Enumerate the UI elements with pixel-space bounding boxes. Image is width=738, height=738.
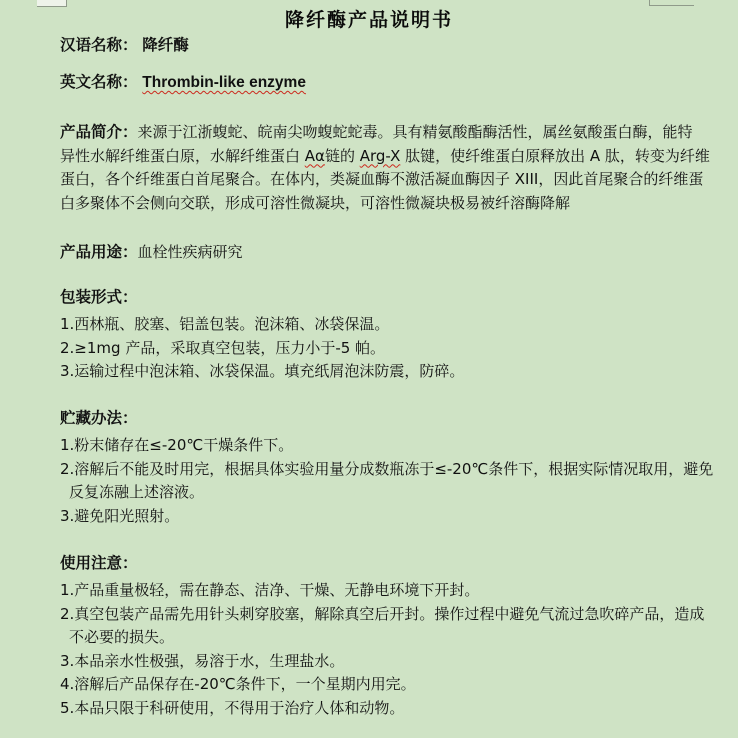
field-usage: 产品用途：血栓性疾病研究 — [60, 241, 710, 265]
section-storage: 贮藏办法： 1.粉末储存在≤-20℃干燥条件下。 2.溶解后不能及时用完，根据具… — [60, 407, 710, 528]
packaging-item-1: 1.西林瓶、胶塞、铝盖包装。泡沫箱、冰袋保温。 — [60, 313, 710, 337]
storage-item-1: 1.粉末储存在≤-20℃干燥条件下。 — [60, 434, 710, 458]
intro-line-2-seg3: 肽键，使纤维蛋白原释放出 A 肽，转变为纤维 — [400, 147, 710, 165]
intro-line-4: 白多聚体不会侧向交联，形成可溶性微凝块，可溶性微凝块极易被纤溶酶降解 — [60, 192, 710, 216]
storage-item-2-line-1: 2.溶解后不能及时用完，根据具体实验用量分成数瓶冻于≤-20℃条件下，根据实际情… — [60, 458, 710, 482]
intro-misspelled-argx: Arg-X — [360, 147, 401, 165]
field-english-name: 英文名称： Thrombin-like enzyme — [60, 71, 710, 95]
document-page: { "colors": { "page_background": "#cfe3c… — [0, 0, 738, 738]
packaging-item-2: 2.≥1mg 产品，采取真空包装，压力小于-5 帕。 — [60, 337, 710, 361]
intro-line-2: 异性水解纤维蛋白原，水解纤维蛋白 Aα链的 Arg-X 肽键，使纤维蛋白原释放出… — [60, 145, 710, 169]
english-name-label: 英文名称： — [60, 73, 138, 91]
english-name-value: Thrombin-like enzyme — [142, 74, 306, 91]
intro-line-2-seg1: 异性水解纤维蛋白原，水解纤维蛋白 — [60, 147, 305, 165]
usage-label: 产品用途： — [60, 243, 138, 261]
storage-item-2-line-2: 反复冻融上述溶液。 — [60, 481, 710, 505]
precautions-item-4: 4.溶解后产品保存在-20℃条件下，一个星期内用完。 — [60, 673, 710, 697]
chinese-name-value: 降纤酶 — [142, 36, 189, 54]
precautions-item-3: 3.本品亲水性极强，易溶于水，生理盐水。 — [60, 650, 710, 674]
field-chinese-name: 汉语名称： 降纤酶 — [60, 34, 710, 58]
usage-value: 血栓性疾病研究 — [138, 243, 243, 261]
precautions-item-2-line-2: 不必要的损失。 — [60, 626, 710, 650]
section-packaging: 包装形式： 1.西林瓶、胶塞、铝盖包装。泡沫箱、冰袋保温。 2.≥1mg 产品，… — [60, 286, 710, 384]
intro-line-2-seg2: 链的 — [325, 147, 360, 165]
precautions-heading: 使用注意： — [60, 552, 710, 579]
section-intro: 产品简介：来源于江浙蝮蛇、皖南尖吻蝮蛇蛇毒。具有精氨酸酯酶活性，属丝氨酸蛋白酶，… — [60, 121, 710, 215]
storage-heading: 贮藏办法： — [60, 407, 710, 434]
chinese-name-label: 汉语名称： — [60, 36, 138, 54]
precautions-item-2-line-1: 2.真空包装产品需先用针头刺穿胶塞，解除真空后开封。操作过程中避免气流过急吹碎产… — [60, 603, 710, 627]
intro-line-3: 蛋白，各个纤维蛋白首尾聚合。在体内，类凝血酶不激活凝血酶因子 XIII，因此首尾… — [60, 168, 710, 192]
intro-line-1: 产品简介：来源于江浙蝮蛇、皖南尖吻蝮蛇蛇毒。具有精氨酸酯酶活性，属丝氨酸蛋白酶，… — [60, 121, 710, 145]
page-title: 降纤酶产品说明书 — [0, 5, 738, 32]
precautions-item-5: 5.本品只限于科研使用，不得用于治疗人体和动物。 — [60, 697, 710, 721]
intro-misspelled-aa: Aα — [305, 147, 325, 165]
storage-item-3: 3.避免阳光照射。 — [60, 505, 710, 529]
packaging-item-3: 3.运输过程中泡沫箱、冰袋保温。填充纸屑泡沫防震，防碎。 — [60, 360, 710, 384]
precautions-item-1: 1.产品重量极轻，需在静态、洁净、干燥、无静电环境下开封。 — [60, 579, 710, 603]
section-precautions: 使用注意： 1.产品重量极轻，需在静态、洁净、干燥、无静电环境下开封。 2.真空… — [60, 552, 710, 720]
packaging-heading: 包装形式： — [60, 286, 710, 313]
intro-label: 产品简介： — [60, 123, 138, 141]
intro-line-1-text: 来源于江浙蝮蛇、皖南尖吻蝮蛇蛇毒。具有精氨酸酯酶活性，属丝氨酸蛋白酶，能特 — [138, 123, 693, 141]
